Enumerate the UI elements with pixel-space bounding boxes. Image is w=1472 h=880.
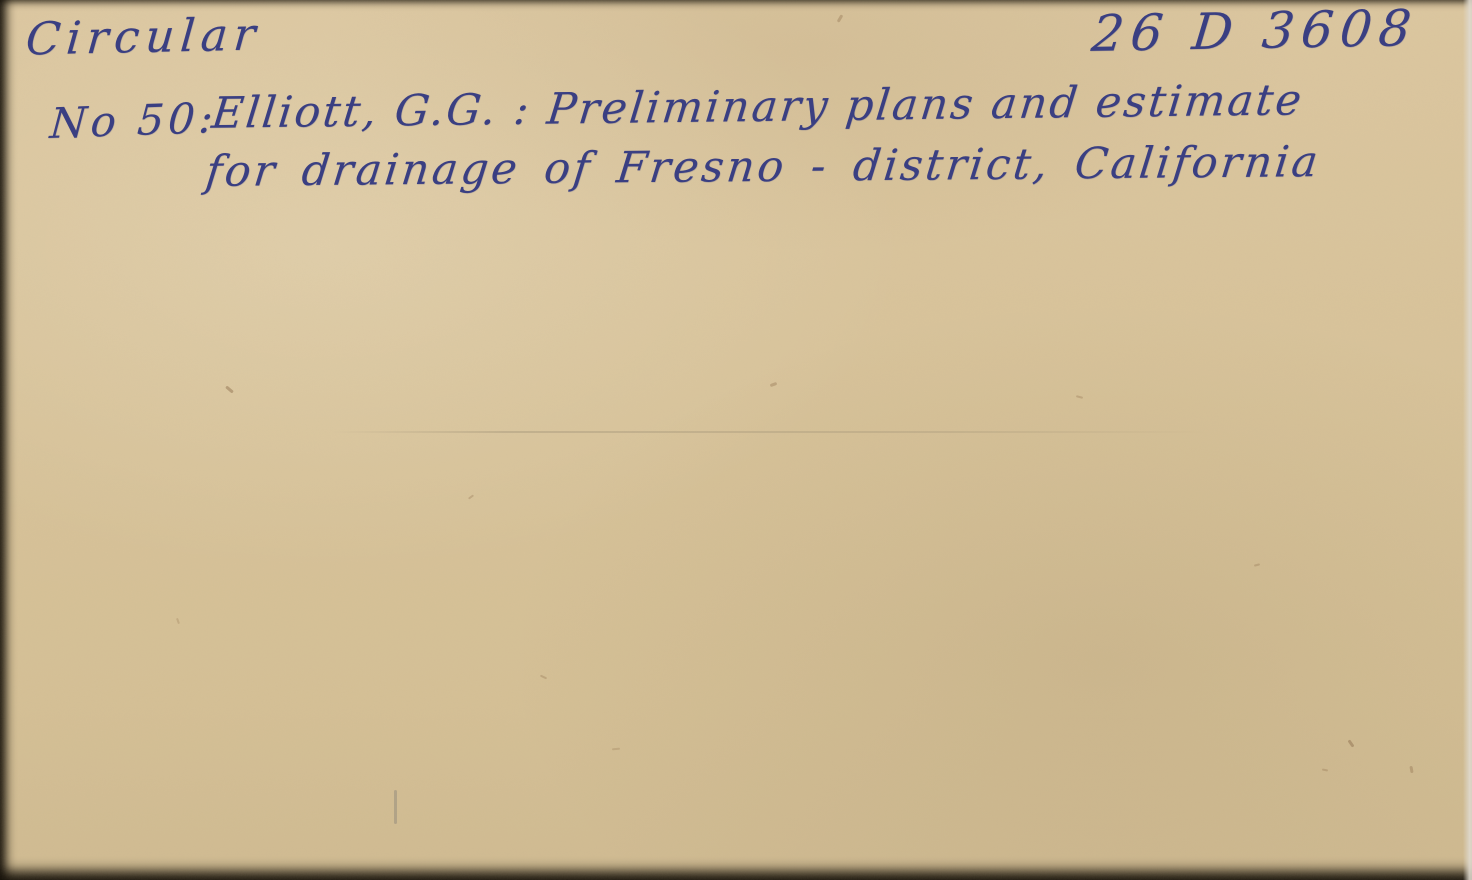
card-title-line-2: for drainage of Fresno - district, Calif… — [203, 137, 1323, 197]
card-call-number: 26 D 3608 — [1089, 0, 1421, 63]
card-title-line-1: Elliott, G.G. : Preliminary plans and es… — [209, 75, 1306, 138]
paper-scratch — [394, 790, 397, 824]
scan-right-edge — [1463, 0, 1472, 880]
card-entry-number: No 50: — [48, 93, 218, 148]
paper-crease — [330, 431, 1210, 433]
card-series-label: Circular — [24, 7, 264, 65]
index-card-scan: Circular 26 D 3608 No 50: Elliott, G.G. … — [0, 0, 1472, 880]
